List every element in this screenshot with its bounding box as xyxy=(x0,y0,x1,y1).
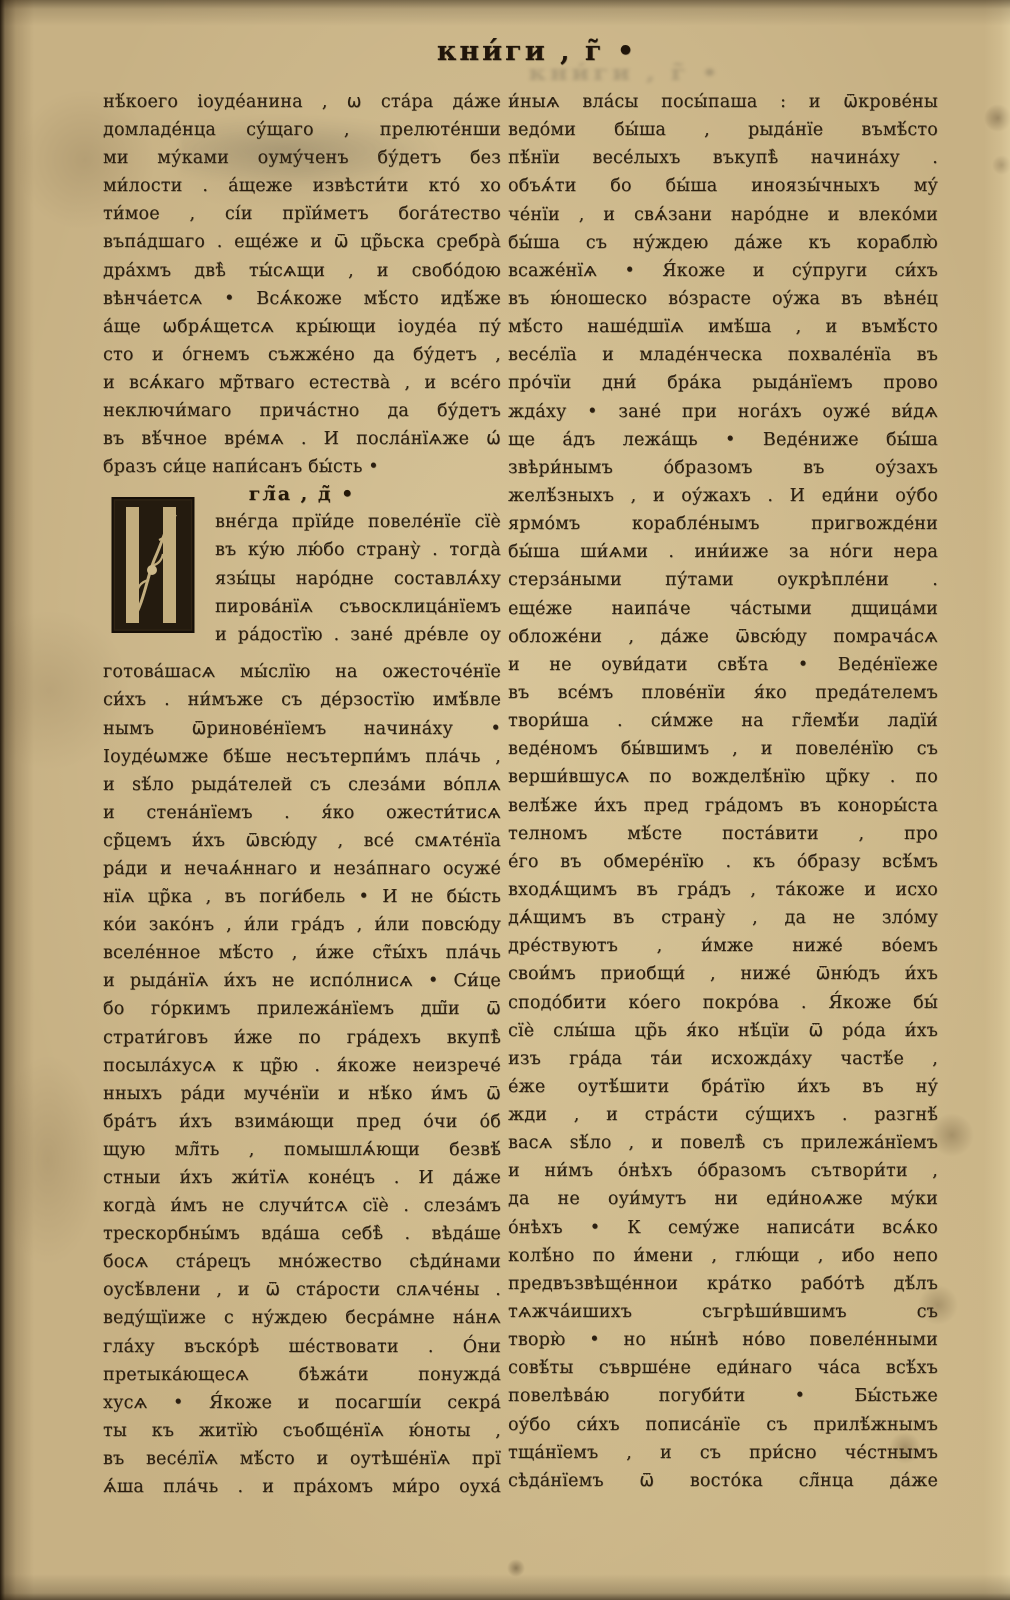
text-line: нымъ ѿринове́нїемъ начина́ху • xyxy=(103,715,501,743)
text-line: ми му́ками оуму́ченъ бу́детъ без xyxy=(103,144,501,172)
text-line: сто и о́гнемъ съжже́но да бу́детъ , xyxy=(103,341,501,369)
text-line: хусѧ • Я́коже и посагші́и секра́ xyxy=(103,1389,501,1417)
text-line: оусѣ́влени , и ѿ ста́рости слѧче́ны . xyxy=(103,1276,501,1304)
text-line: желѣ́зныхъ , и оу́жахъ . И еди́ни оу́бо xyxy=(508,482,938,510)
text-line: свои́мъ приобщи́ , ниже́ ѿню́дъ и́хъ xyxy=(508,960,938,988)
text-line: да не оуи́мутъ ни еди́ноѧже му́ки xyxy=(508,1185,938,1213)
text-line: веде́номъ бы́вшимъ , и повеле́нїю съ xyxy=(508,735,938,763)
text-line: совѣ́ты съврше́не еди́наго ча́са всѣ́хъ xyxy=(508,1354,938,1382)
text-line: еще́же наипа́че ча́стыми дщица́ми xyxy=(508,595,938,623)
text-line: гла́ху въско́рѣ ше́ствовати . О́ни xyxy=(103,1333,501,1361)
text-line: велѣ́же и́хъ пред гра́домъ въ коноры́ста xyxy=(508,792,938,820)
text-line: верши́вшусѧ по вожделѣ́нїю цр̃ку . по xyxy=(508,763,938,791)
text-line: твори́ша . си́мже на гл̃емѣ́и ладїи́ xyxy=(508,707,938,735)
text-line: ко́и зако́нъ , и́ли гра́дъ , и́ли повсю́… xyxy=(103,911,501,939)
text-line: щую мл̃ть , помышлѧ́ющи безвѣ́ xyxy=(103,1136,501,1164)
text-line: стерза́ными пу́тами оукрѣпле́ни . xyxy=(508,566,938,594)
text-line: оу́бо си́хъ пописа́нїе съ прилѣ́жнымъ xyxy=(508,1411,938,1439)
text-line: повелѣва́ю погуби́ти • Бы́стьже xyxy=(508,1382,938,1410)
text-line: ми́лости . а́щеже извѣсти́ти кто́ хо xyxy=(103,172,501,200)
text-line: нѣ́коего іоуде́анина , ѡ ста́ра да́же xyxy=(103,88,501,116)
text-line: неключи́маго прича́стно да бу́детъ xyxy=(103,397,501,425)
text-line: трескорбны́мъ вда́ша себѣ̀ . вѣда́ше xyxy=(103,1220,501,1248)
text-line: и ра́достїю . зане́ дре́вле оу xyxy=(215,621,501,649)
text-line: язы́цы наро́дне составлѧ́ху xyxy=(215,565,501,593)
text-line: ср̃цемъ и́хъ ѿвсю́ду , все́ смѧте́нїа xyxy=(103,827,501,855)
right-text-column: и́ныѧ вла́сы посы́паша : и ѿкрове́ныведо… xyxy=(508,88,938,1495)
text-line: и рыда́нїѧ и́хъ не испо́лнисѧ • Си́це xyxy=(103,967,501,995)
text-line: пирова́нїѧ съвосклица́нїемъ xyxy=(215,593,501,621)
text-line: нїѧ цр̃ка , въ поги́бель • И не бы́сть xyxy=(103,883,501,911)
text-line: ще а́дъ лежа́щь • Веде́ниже бы́ша xyxy=(508,426,938,454)
text-line: бо го́ркимъ прилежа́нїемъ дш̃и ѿ xyxy=(103,995,501,1023)
text-line: изъ гра́да та́и исхожда́ху частѣ́е , xyxy=(508,1045,938,1073)
text-line: ярмо́мъ корабле́нымъ пригвожде́ни xyxy=(508,510,938,538)
text-line: объѧ́ти бо бы́ша иноязы́чныхъ му́ xyxy=(508,172,938,200)
text-line: ведо́ми бы́ша , рыда́нїе въмѣ́сто xyxy=(508,116,938,144)
text-line: а́ще ѡбрѧ́щетсѧ кры́ющи іоуде́а пу́ xyxy=(103,313,501,341)
text-line: жда́ху • зане́ при нога́хъ оуже́ ви́дѧ xyxy=(508,398,938,426)
text-line: ты къ житїю̀ съобще́нїѧ ю́ноты , xyxy=(103,1417,501,1445)
text-line: бы́ша съ ну́ждею да́же къ кораблю̀ xyxy=(508,229,938,257)
drop-cap-woodcut-initial-i xyxy=(111,496,195,634)
text-line: и́ныѧ вла́сы посы́паша : и ѿкрове́ны xyxy=(508,88,938,116)
text-line: и ѕѣ́ло рыда́телей съ слеза́ми во́плѧ xyxy=(103,771,501,799)
text-line: звѣри́нымъ о́бразомъ въ оу́захъ xyxy=(508,454,938,482)
text-line: телномъ мѣ́сте поста́вити , про xyxy=(508,820,938,848)
text-line: сїѐ слы́ша цр̃ь я́ко нѣ́цїи ѿ ро́да и́хъ xyxy=(508,1017,938,1045)
text-line: домладе́нца су́щаго , прелюте́нши xyxy=(103,116,501,144)
text-line: и ни́мъ о́нѣхъ о́бразомъ сътвори́ти , xyxy=(508,1157,938,1185)
text-line: весе́лїа и младе́нческа похвале́нїа въ xyxy=(508,341,938,369)
left-paragraph-2: готова́шасѧ мы́слїю на ожесточе́нїеси́хъ… xyxy=(103,658,501,1501)
text-line: въ вѣ́чное вре́мѧ . И посла́нїѧже ѡ́ xyxy=(103,425,501,453)
running-title: кни́ги , г̃ • xyxy=(32,36,1010,67)
text-line: бразъ си́це напи́санъ бы́сть • xyxy=(103,453,501,481)
text-line: претыка́ющесѧ бѣжа́ти понужда́ xyxy=(103,1361,501,1389)
text-line: ти́мое , сі́и прїи́метъ бога́тество xyxy=(103,200,501,228)
text-line: страти́говъ и́же по гра́дехъ вкупѣ̀ xyxy=(103,1024,501,1052)
text-line: въ ку́ю лю́бо страну̀ . тогда̀ xyxy=(215,536,501,564)
text-line: жди , и стра́сти су́щихъ . разгнѣ́ xyxy=(508,1101,938,1129)
text-line: про́чїи дни́ бра́ка рыда́нїемъ прово xyxy=(508,369,938,397)
text-line: босѧ ста́рецъ мно́жество сѣди́нами xyxy=(103,1248,501,1276)
text-line: си́хъ . ни́мъже съ де́рзостїю имѣ́вле xyxy=(103,686,501,714)
left-text-column: нѣ́коего іоуде́анина , ѡ ста́ра да́жедом… xyxy=(103,88,501,1501)
text-line: е́го въ обмере́нїю . къ о́бразу всѣ́мъ xyxy=(508,848,938,876)
book-page-scan: кни́ги , г̃ • кни́ги , г̃ • нѣ́коего іоу… xyxy=(0,0,1010,1600)
text-line: че́нїи , и свѧ́зани наро́дне и влеко́ми xyxy=(508,201,938,229)
text-line: и всѧ́каго мр̃тваго естества̀ , и все́го xyxy=(103,369,501,397)
text-line: нныхъ ра́ди муче́нїи и нѣ́ко и́мъ ѿ xyxy=(103,1080,501,1108)
text-line: въ ю́ношеско во́зрасте оу́жа въ вѣне́ц xyxy=(508,285,938,313)
text-line: ра́ди и нечаѧ́ннаго и неза́пнаго осуже́ xyxy=(103,855,501,883)
text-line: дра́хмъ двѣ̀ ты́сѧщи , и свобо́дою xyxy=(103,257,501,285)
text-line: васѧ ѕѣ́ло , и повелѣ̀ съ прилежа́нїемъ xyxy=(508,1129,938,1157)
text-line: входѧ́щимъ въ гра́дъ , та́коже и исхо xyxy=(508,876,938,904)
text-line: колѣ́но по и́мени , глю́щи , ибо непо xyxy=(508,1242,938,1270)
text-line: тѧжча́ишихъ съгрѣши́вшимъ съ xyxy=(508,1298,938,1326)
chapter-opening: вне́гда прїи́де повеле́нїе сїѐвъ ку́ю лю… xyxy=(103,508,501,658)
left-paragraph-1: нѣ́коего іоуде́анина , ѡ ста́ра да́жедом… xyxy=(103,88,501,481)
text-line: сѣда́нїемъ ѿ восто́ка сл̃нца да́же xyxy=(508,1467,938,1495)
text-line: тща́нїемъ , и съ при́сно че́стнымъ xyxy=(508,1439,938,1467)
text-line: вѣнча́етсѧ • Всѧ́коже мѣ́сто идѣ́же xyxy=(103,285,501,313)
text-line: въ все́мъ плове́нїи я́ко преда́телемъ xyxy=(508,679,938,707)
text-line: и не оуви́дати свѣ́та • Веде́нїеже xyxy=(508,651,938,679)
text-line: посыла́хусѧ к цр̃ю . я́коже неизрече́ xyxy=(103,1052,501,1080)
text-line: пѣ́нїи весе́лыхъ въкупѣ̀ начина́ху . xyxy=(508,144,938,172)
text-line: дѧ́щимъ въ страну̀ , да не зло́му xyxy=(508,904,938,932)
text-line: бы́ша ши́ѧми . ини́иже за но́ги нера xyxy=(508,538,938,566)
text-line: Іоуде́ѡмже бѣ́ше несътерпи́мъ пла́чь , xyxy=(103,743,501,771)
text-line: готова́шасѧ мы́слїю на ожесточе́нїе xyxy=(103,658,501,686)
text-line: творю̀ • но ны́нѣ но́во повеле́нными xyxy=(508,1326,938,1354)
text-line: стныи и́хъ жи́тїѧ коне́цъ . И да́же xyxy=(103,1164,501,1192)
text-line: вне́гда прїи́де повеле́нїе сїѐ xyxy=(215,508,501,536)
text-line: всаже́нїѧ • Я́коже и су́пруги си́хъ xyxy=(508,257,938,285)
text-line: въ весе́лїѧ мѣ́сто и оутѣше́нїѧ прї xyxy=(103,1445,501,1473)
text-line: въпа́дшаго . еще́же и ѿ цр̃ьска сребра̀ xyxy=(103,228,501,256)
text-line: предвъзвѣще́ннои кра́тко рабо́тѣ дѣ́лъ xyxy=(508,1270,938,1298)
text-line: вселе́нное мѣ́сто , и́же ст̃ы́хъ пла́чь xyxy=(103,939,501,967)
text-line: веду́щїиже с ну́ждею бесра́мне на́нѧ xyxy=(103,1304,501,1332)
text-line: е́же оутѣ́шити бра́тїю и́хъ въ ну́ xyxy=(508,1073,938,1101)
text-line: когда̀ и́мъ не случи́тсѧ сїѐ . слеза́мъ xyxy=(103,1192,501,1220)
text-line: обложе́ни , да́же ѿвсю́ду помрача́сѧ xyxy=(508,623,938,651)
text-line: дре́ствуютъ , и́мже ниже́ во́емъ xyxy=(508,932,938,960)
text-line: сподо́бити ко́его покро́ва . Я́коже бы́ xyxy=(508,989,938,1017)
text-line: бра́тъ и́хъ взима́ющи пред о́чи о́б xyxy=(103,1108,501,1136)
text-line: ѧ́ша пла́чь . и пра́хомъ ми́ро оуха́ xyxy=(103,1473,501,1501)
text-line: мѣ́сто наше́дшїѧ имѣ́ша , и въмѣ́сто xyxy=(508,313,938,341)
text-line: и стена́нїемъ . я́ко ожести́тисѧ xyxy=(103,799,501,827)
indented-opening-lines: вне́гда прїи́де повеле́нїе сїѐвъ ку́ю лю… xyxy=(215,508,501,648)
text-line: о́нѣхъ • К сему́же написа́ти всѧ́ко xyxy=(508,1214,938,1242)
